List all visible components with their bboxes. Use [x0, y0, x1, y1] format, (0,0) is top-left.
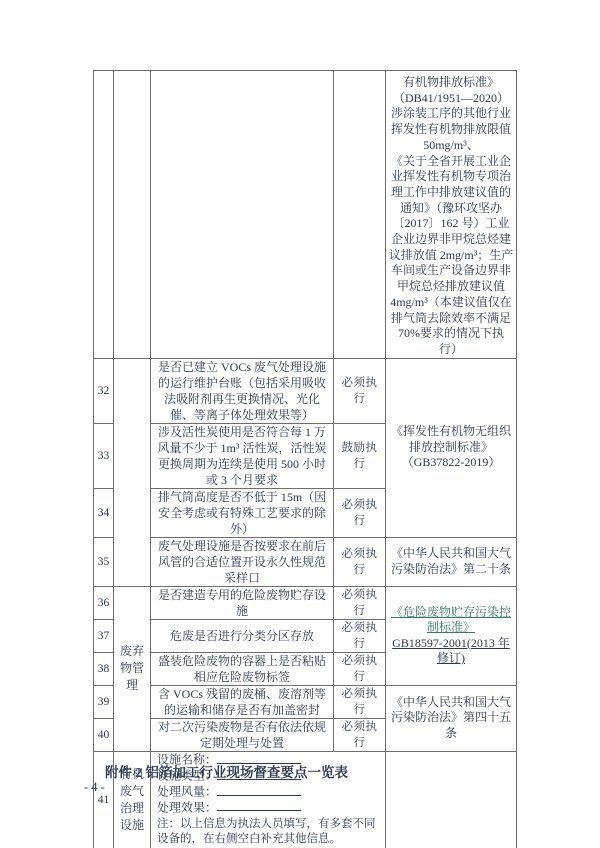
treated-airflow-field: 处理风量： [157, 784, 383, 800]
inspection-table: 有机物排放标准》 （DB41/1951—2020） 涉涂装工序的其他行业 挥发性… [93, 70, 517, 848]
item-cell: 盛装危险废物的容器上是否粘贴相应危险废物标签 [151, 652, 334, 685]
requirement-cell: 必须执行 [334, 685, 386, 718]
treated-airflow-label: 处理风量： [157, 785, 217, 799]
requirement-cell: 必须执行 [334, 619, 386, 652]
standard-link-text: 《危险废物贮存污染控制标准》 [388, 605, 514, 636]
requirement-cell: 鼓励执行 [334, 423, 386, 488]
reference-cell [386, 751, 517, 848]
requirement-cell: 必须执行 [334, 652, 386, 685]
row-number-cell: 36 [94, 586, 114, 619]
row-number-cell: 40 [94, 718, 114, 751]
item-cell: 危废是否进行分类分区存放 [151, 619, 334, 652]
table-row-continuation: 有机物排放标准》 （DB41/1951—2020） 涉涂装工序的其他行业 挥发性… [94, 71, 517, 359]
row-number-cell: 38 [94, 652, 114, 685]
row-number-cell: 34 [94, 488, 114, 537]
treatment-effect-field: 处理效果： [157, 800, 383, 816]
item-cell: 废气处理设施是否按要求在前后风管的合适位置开设永久性规范采样口 [151, 537, 334, 586]
row-number-cell: 32 [94, 358, 114, 423]
treatment-effect-label: 处理效果： [157, 800, 217, 814]
item-cell: 对二次污染废物是否有依法依规定期处理与处置 [151, 718, 334, 751]
reference-cell: 《中华人民共和国大气 污染防治法》第二十条 [386, 537, 517, 586]
blank-line [217, 800, 301, 811]
row-number-cell: 35 [94, 537, 114, 586]
item-cell: 涉及活性炭使用是否符合每 1 万风量不少于 1m³ 活性炭，活性炭更换周期为连续… [151, 423, 334, 488]
reference-cell: 《挥发性有机物无组织 排放控制标准》 （GB37822-2019） [386, 358, 517, 537]
requirement-cell [334, 71, 386, 359]
requirement-cell: 必须执行 [334, 358, 386, 423]
requirement-cell: 必须执行 [334, 586, 386, 619]
row-number-cell: 33 [94, 423, 114, 488]
document-page: 有机物排放标准》 （DB41/1951—2020） 涉涂装工序的其他行业 挥发性… [0, 0, 600, 848]
row-number-cell [94, 71, 114, 359]
requirement-cell: 必须执行 [334, 537, 386, 586]
requirement-cell: 必须执行 [334, 718, 386, 751]
row-number-cell: 39 [94, 685, 114, 718]
attachment-heading: 附件 2 铝箔加工行业现场督查要点一览表 [105, 761, 348, 781]
reference-cell: 《危险废物贮存污染控制标准》 GB18597-2001(2013 年修订) [386, 586, 517, 685]
table-row: 36 废弃 物管 理 是否建造专用的危险废物贮存设施 必须执行 《危险废物贮存污… [94, 586, 517, 619]
requirement-cell: 必须执行 [334, 488, 386, 537]
standard-code-text: GB18597-2001(2013 年修订) [388, 636, 514, 667]
reference-cell: 有机物排放标准》 （DB41/1951—2020） 涉涂装工序的其他行业 挥发性… [386, 71, 517, 359]
category-cell [114, 71, 151, 359]
item-cell: 是否已建立 VOCs 废气处理设施的运行维护台账（包括采用吸收法吸附剂再生更换情… [151, 358, 334, 423]
row-number-cell: 37 [94, 619, 114, 652]
page-number: - 4 - [84, 780, 105, 795]
blank-line [217, 784, 301, 795]
reference-cell: 《中华人民共和国大气 污染防治法》第四十五 条 [386, 685, 517, 751]
table-row: 32 是否已建立 VOCs 废气处理设施的运行维护台账（包括采用吸收法吸附剂再生… [94, 358, 517, 423]
item-cell: 排气筒高度是否不低于 15m（因安全考虑或有特殊工艺要求的除外） [151, 488, 334, 537]
item-cell [151, 71, 334, 359]
item-cell: 是否建造专用的危险废物贮存设施 [151, 586, 334, 619]
table-row: 39 含 VOCs 残留的废桶、废溶剂等的运输和储存是否有加盖密封 必须执行 《… [94, 685, 517, 718]
table-row: 35 废气处理设施是否按要求在前后风管的合适位置开设永久性规范采样口 必须执行 … [94, 537, 517, 586]
item-cell: 含 VOCs 残留的废桶、废溶剂等的运输和储存是否有加盖密封 [151, 685, 334, 718]
note-text: 注：以上信息为执法人员填写，有多套不同设备的，在右侧空白补充其他信息。 [157, 817, 383, 847]
category-cell: 废弃 物管 理 [114, 586, 151, 751]
category-cell [114, 358, 151, 586]
